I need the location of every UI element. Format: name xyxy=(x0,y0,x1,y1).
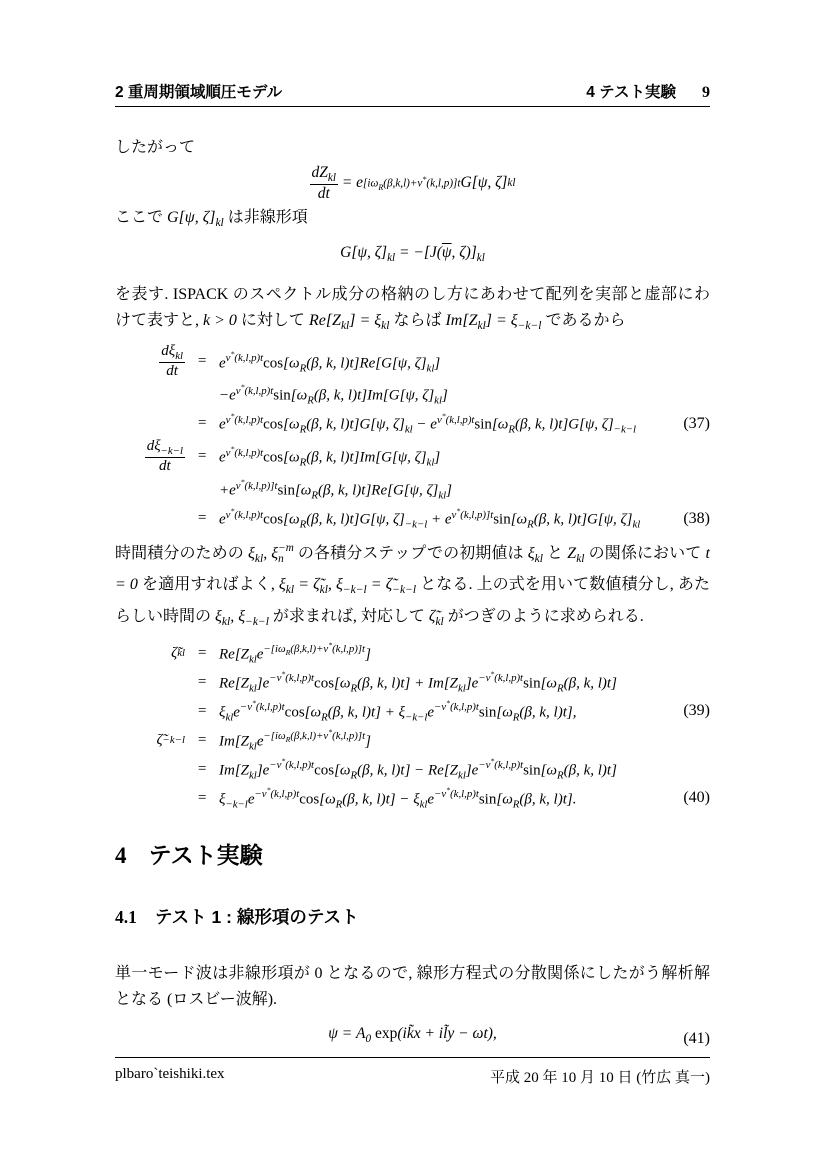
equation-40: ζ̃−k−l = Im[Zkle−[iωR(β,k,l)+ν*(k,l,p)]t… xyxy=(115,726,710,813)
eq39-rhs-2: Re[Zkl]e−ν*(k,l,p)tcos[ωR(β, k, l)t] + I… xyxy=(219,670,617,695)
eq37-rhs-1: eν*(k,l,p)tcos[ωR(β, k, l)t]Re[G[ψ, ζ]kl… xyxy=(219,350,440,375)
section-number: 4 xyxy=(115,843,127,869)
eq39-row-2: = Re[Zkl]e−ν*(k,l,p)tcos[ωR(β, k, l)t] +… xyxy=(115,668,710,697)
page-footer: plbaro`teishiki.tex 平成 20 年 10 月 10 日 (竹… xyxy=(115,1057,710,1087)
para-time-integration: 時間積分のための ξkl, ξ−mn の各積分ステップでの初期値は ξkl と … xyxy=(115,541,710,635)
subsection-title: テスト 1 : 線形項のテスト xyxy=(155,904,359,929)
footer-filename: plbaro`teishiki.tex xyxy=(115,1066,225,1087)
eq38-rhs-3: eν*(k,l,p)tcos[ωR(β, k, l)t]G[ψ, ζ]−k−l … xyxy=(219,506,640,531)
equation-39: ζ̃kl = Re[Zkle−[iωR(β,k,l)+ν*(k,l,p)]t] … xyxy=(115,639,710,726)
eq41-number: (41) xyxy=(683,1030,710,1048)
eq40-rhs-2: Im[Zkl]e−ν*(k,l,p)tcos[ωR(β, k, l)t] − R… xyxy=(219,757,617,782)
eq37-row-3: = eν*(k,l,p)tcos[ωR(β, k, l)t]G[ψ, ζ]kl … xyxy=(115,409,710,438)
equation-nonlinear: G[ψ, ζ]kl = −[J(ψ, ζ)]kl xyxy=(115,244,710,270)
para-single-mode: 単一モード波は非線形項が 0 となるので, 線形方程式の分散関係にしたがう解析解… xyxy=(115,961,710,1013)
header-right: 4 テスト実験 9 xyxy=(586,80,710,102)
eq37-rhs-3: eν*(k,l,p)tcos[ωR(β, k, l)t]G[ψ, ζ]kl − … xyxy=(219,411,636,436)
eq38-rhs-1: eν*(k,l,p)tcos[ωR(β, k, l)t]Im[G[ψ, ζ]kl… xyxy=(219,444,440,469)
eq37-row-1: dξkldt = eν*(k,l,p)tcos[ωR(β, k, l)t]Re[… xyxy=(115,343,710,380)
equation-41: ψ = A0 exp(ik̃x + il̃y − ωt), (41) xyxy=(115,1025,710,1053)
eq38-row-3: = eν*(k,l,p)tcos[ωR(β, k, l)t]G[ψ, ζ]−k−… xyxy=(115,504,710,533)
eq40-number: (40) xyxy=(683,789,710,807)
equation-dzdt: dZkldt = e[iωR(β,k,l)+ν*(k,l,p)]tG[ψ, ζ]… xyxy=(115,163,710,203)
page-content: 2 重周期領域順圧モデル 4 テスト実験 9 したがって dZkldt = e[… xyxy=(0,0,826,1053)
eq38-number: (38) xyxy=(683,510,710,528)
equation-38: dξ−k−ldt = eν*(k,l,p)tcos[ωR(β, k, l)t]I… xyxy=(115,438,710,533)
eq39-row-3: = ξkle−ν*(k,l,p)tcos[ωR(β, k, l)t] + ξ−k… xyxy=(115,697,710,726)
eq40-lhs: ζ̃−k−l xyxy=(115,732,185,749)
section-heading: 4 テスト実験 xyxy=(115,837,710,870)
eq40-rhs-3: ξ−k−le−ν*(k,l,p)tcos[ωR(β, k, l)t] − ξkl… xyxy=(219,786,576,811)
subsection-number: 4.1 xyxy=(115,907,137,928)
eq39-lhs: ζ̃kl xyxy=(115,645,185,662)
eq40-row-3: = ξ−k−le−ν*(k,l,p)tcos[ωR(β, k, l)t] − ξ… xyxy=(115,784,710,813)
section-title: テスト実験 xyxy=(149,837,263,870)
header-page-number: 9 xyxy=(702,84,710,102)
eq37-rhs-2: −eν*(k,l,p)tsin[ωR(β, k, l)t]Im[G[ψ, ζ]k… xyxy=(219,382,448,407)
eq39-row-1: ζ̃kl = Re[Zkle−[iωR(β,k,l)+ν*(k,l,p)]t] xyxy=(115,639,710,668)
eq39-rhs-1: Re[Zkle−[iωR(β,k,l)+ν*(k,l,p)]t] xyxy=(219,641,371,666)
header-left-title: 2 重周期領域順圧モデル xyxy=(115,80,282,102)
eq37-number: (37) xyxy=(683,415,710,433)
document-page: 2 重周期領域順圧モデル 4 テスト実験 9 したがって dZkldt = e[… xyxy=(0,0,826,1169)
eq37-rel-1: = xyxy=(185,353,219,370)
eq40-row-2: = Im[Zkl]e−ν*(k,l,p)tcos[ωR(β, k, l)t] −… xyxy=(115,755,710,784)
page-header: 2 重周期領域順圧モデル 4 テスト実験 9 xyxy=(115,80,710,107)
eq38-row-1: dξ−k−ldt = eν*(k,l,p)tcos[ωR(β, k, l)t]I… xyxy=(115,438,710,475)
subsection-heading: 4.1 テスト 1 : 線形項のテスト xyxy=(115,904,710,929)
header-section-label: 4 テスト実験 xyxy=(586,80,676,102)
eq40-row-1: ζ̃−k−l = Im[Zkle−[iωR(β,k,l)+ν*(k,l,p)]t… xyxy=(115,726,710,755)
eq39-rhs-3: ξkle−ν*(k,l,p)tcos[ωR(β, k, l)t] + ξ−k−l… xyxy=(219,699,576,724)
eq38-lhs: dξ−k−ldt xyxy=(115,438,185,475)
equation-37: dξkldt = eν*(k,l,p)tcos[ωR(β, k, l)t]Re[… xyxy=(115,343,710,438)
para-kokode: ここで G[ψ, ζ]kl は非線形項 xyxy=(115,205,710,236)
eq37-row-2: −eν*(k,l,p)tsin[ωR(β, k, l)t]Im[G[ψ, ζ]k… xyxy=(115,380,710,409)
footer-date: 平成 20 年 10 月 10 日 (竹広 真一) xyxy=(490,1066,710,1087)
eq39-number: (39) xyxy=(683,702,710,720)
eq38-row-2: +eν*(k,l,p)]tsin[ωR(β, k, l)t]Re[G[ψ, ζ]… xyxy=(115,475,710,504)
eq37-lhs: dξkldt xyxy=(115,343,185,380)
eq41-body: ψ = A0 exp(ik̃x + il̃y − ωt), xyxy=(328,1025,497,1042)
eq38-rhs-2: +eν*(k,l,p)]tsin[ωR(β, k, l)t]Re[G[ψ, ζ]… xyxy=(219,477,452,502)
para-ispack: を表す. ISPACK のスペクトル成分の格納のし方にあわせて配列を実部と虚部に… xyxy=(115,282,710,339)
para-shitagatte: したがって xyxy=(115,135,710,161)
eq40-rhs-1: Im[Zkle−[iωR(β,k,l)+ν*(k,l,p)]t] xyxy=(219,728,371,753)
